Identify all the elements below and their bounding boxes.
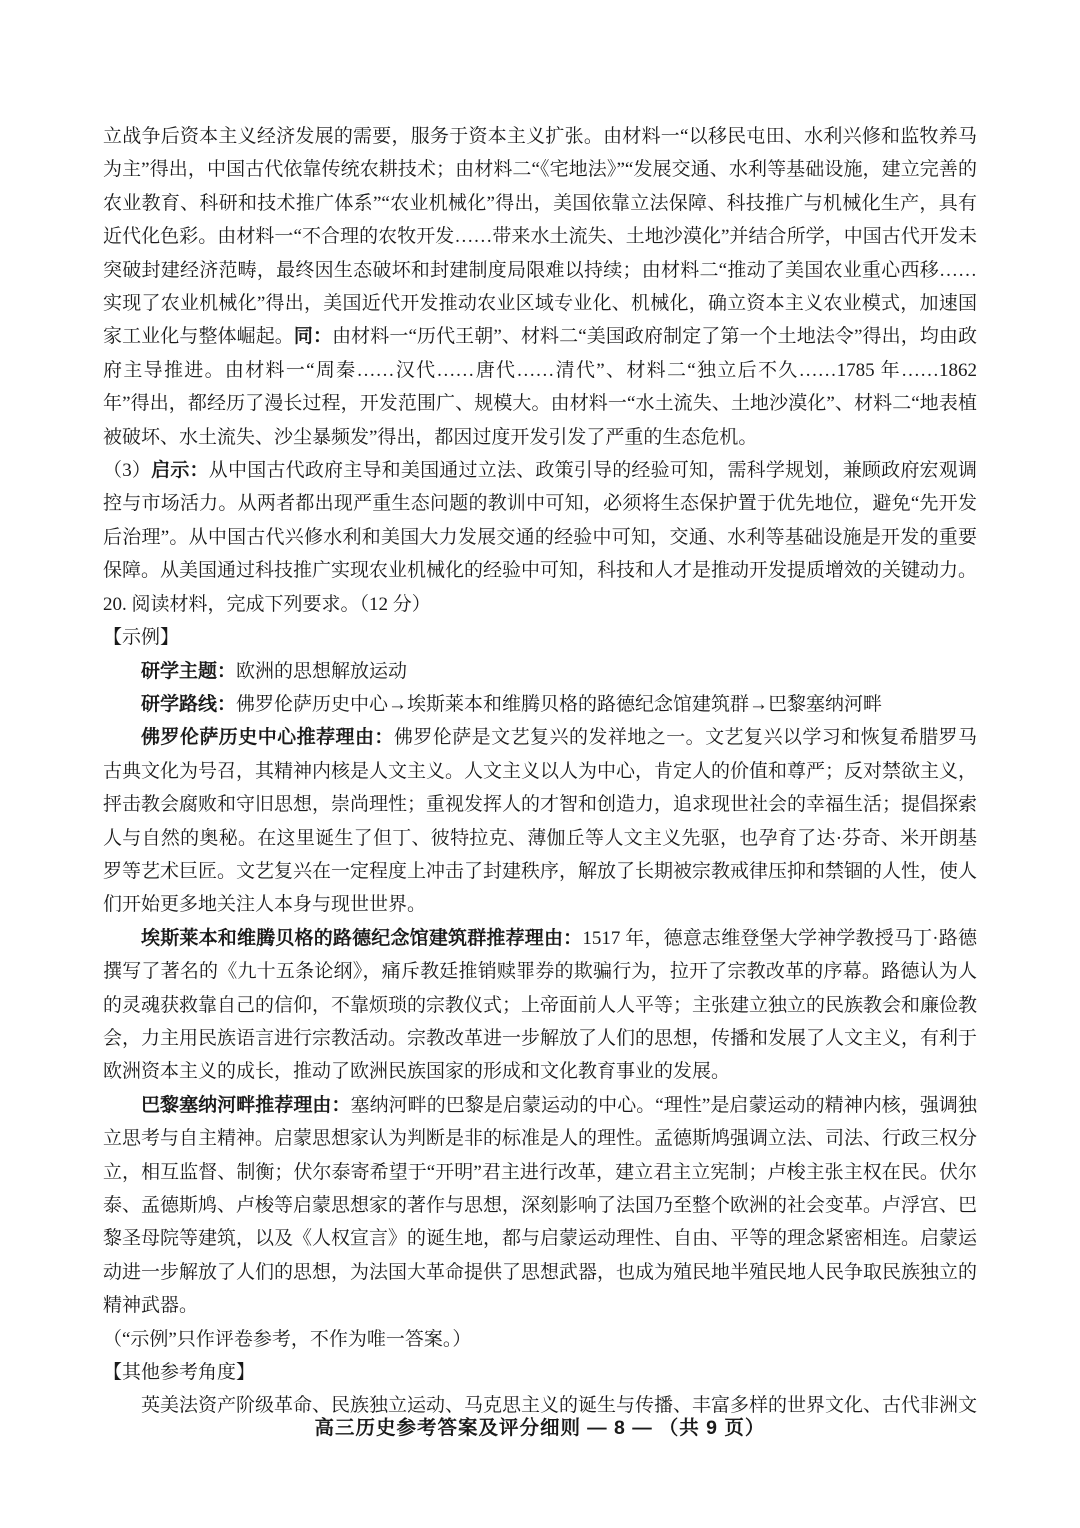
paragraph: （3）启示：从中国古代政府主导和美国通过立法、政策引导的经验可知，需科学规划，兼…: [103, 454, 977, 588]
text-run: 从中国古代政府主导和美国通过立法、政策引导的经验可知，需科学规划，兼顾政府宏观调…: [103, 460, 977, 581]
text-run: 佛罗伦萨是文艺复兴的发祥地之一。文艺复兴以学习和恢复希腊罗马古典文化为号召，其精…: [103, 727, 977, 915]
paragraph: （“示例”只作评卷参考，不作为唯一答案。）: [103, 1323, 977, 1356]
document-page: 立战争后资本主义经济发展的需要，服务于资本主义扩张。由材料一“以移民屯田、水利兴…: [0, 0, 1080, 1528]
page-body: 立战争后资本主义经济发展的需要，服务于资本主义扩张。由材料一“以移民屯田、水利兴…: [103, 120, 977, 1423]
paragraph: 埃斯莱本和维腾贝格的路德纪念馆建筑群推荐理由：1517 年，德意志维登堡大学神学…: [103, 922, 977, 1089]
footer-total-pages: （共 9 页）: [659, 1417, 766, 1439]
paragraph: 研学主题：欧洲的思想解放运动: [103, 655, 977, 688]
footer-page-marker: — 8 —: [581, 1417, 659, 1439]
text-run: （3）: [103, 460, 151, 481]
bold-label: 研学主题：: [141, 661, 236, 682]
paragraph: 【示例】: [103, 621, 977, 654]
paragraph: 巴黎塞纳河畔推荐理由：塞纳河畔的巴黎是启蒙运动的中心。“理性”是启蒙运动的精神内…: [103, 1089, 977, 1323]
text-run: 立战争后资本主义经济发展的需要，服务于资本主义扩张。由材料一“以移民屯田、水利兴…: [103, 126, 977, 347]
text-run: 欧洲的思想解放运动: [236, 661, 407, 682]
paragraph: 立战争后资本主义经济发展的需要，服务于资本主义扩张。由材料一“以移民屯田、水利兴…: [103, 120, 977, 454]
bold-label: 佛罗伦萨历史中心推荐理由：: [141, 727, 394, 748]
text-run: （“示例”只作评卷参考，不作为唯一答案。）: [103, 1329, 471, 1350]
text-run: 【其他参考角度】: [103, 1362, 255, 1383]
footer-doc-title: 高三历史参考答案及评分细则: [315, 1417, 582, 1439]
bold-label: 巴黎塞纳河畔推荐理由：: [141, 1095, 351, 1116]
paragraph: 【其他参考角度】: [103, 1356, 977, 1389]
text-run: 【示例】: [103, 627, 179, 648]
text-run: 1517 年，德意志维登堡大学神学教授马丁·路德撰写了著名的《九十五条论纲》，痛…: [103, 928, 977, 1083]
paragraph: 研学路线：佛罗伦萨历史中心→埃斯莱本和维腾贝格的路德纪念馆建筑群→巴黎塞纳河畔: [103, 688, 977, 721]
bold-label: 启示：: [151, 460, 209, 481]
text-run: 塞纳河畔的巴黎是启蒙运动的中心。“理性”是启蒙运动的精神内核，强调独立思考与自主…: [103, 1095, 977, 1316]
text-run: 佛罗伦萨历史中心→埃斯莱本和维腾贝格的路德纪念馆建筑群→巴黎塞纳河畔: [236, 694, 882, 715]
bold-label: 埃斯莱本和维腾贝格的路德纪念馆建筑群推荐理由：: [141, 928, 582, 949]
text-run: 20. 阅读材料，完成下列要求。（12 分）: [103, 594, 431, 615]
paragraph: 佛罗伦萨历史中心推荐理由：佛罗伦萨是文艺复兴的发祥地之一。文艺复兴以学习和恢复希…: [103, 721, 977, 921]
bold-label: 同：: [294, 326, 332, 347]
bold-label: 研学路线：: [141, 694, 236, 715]
paragraph: 20. 阅读材料，完成下列要求。（12 分）: [103, 588, 977, 621]
page-footer: 高三历史参考答案及评分细则— 8 —（共 9 页）: [0, 1412, 1080, 1440]
